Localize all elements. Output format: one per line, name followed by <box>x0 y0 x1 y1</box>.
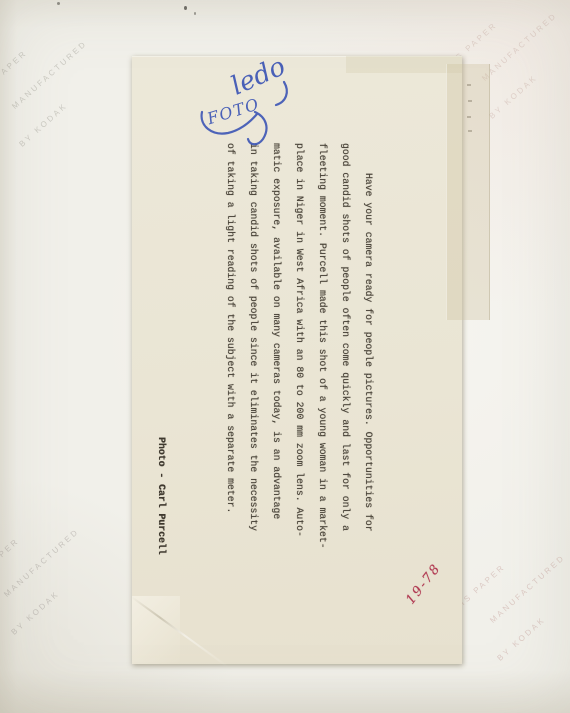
watermark-bottom-left: THIS PAPER MANUFACTURED BY KODAK <box>0 493 111 649</box>
caption-line: in taking candid shots of people since i… <box>242 143 265 563</box>
blue-word-lede: ledo <box>227 52 290 102</box>
tape-mark <box>467 84 471 86</box>
dust-speck <box>194 12 196 15</box>
caption-line-spacer <box>173 143 196 563</box>
dust-speck <box>57 2 60 5</box>
watermark-line: BY KODAK <box>9 54 119 157</box>
dust-speck <box>184 6 187 10</box>
tape-strip <box>446 64 490 320</box>
watermark-line: BY KODAK <box>1 542 111 645</box>
watermark-line: THIS PAPER <box>0 493 67 600</box>
blue-pen-annotation: ledo FOTO <box>180 52 300 162</box>
watermark-top-left: THIS PAPER MANUFACTURED BY KODAK <box>0 5 119 161</box>
caption-line: of taking a light reading of the subject… <box>219 143 242 563</box>
tape-shadow-band <box>346 56 462 73</box>
blue-word-foto: FOTO <box>204 94 262 128</box>
caption-line: good candid shots of people often come q… <box>334 143 357 563</box>
tape-mark <box>467 116 471 118</box>
caption-line: place in Niger in West Africa with an 80… <box>288 143 311 563</box>
watermark-line: BY KODAK <box>479 26 570 129</box>
paper-light-patch <box>132 596 180 664</box>
tape-mark <box>468 130 472 132</box>
caption-line: Have your camera ready for people pictur… <box>357 143 380 563</box>
watermark-line: THIS PAPER <box>0 5 75 112</box>
caption-line: fleeting moment. Purcell made this shot … <box>311 143 334 563</box>
photo-credit: Photo - Carl Purcell <box>150 437 173 563</box>
tape-mark <box>468 100 472 102</box>
photo-back-board: THIS PAPER MANUFACTURED BY KODAK THIS PA… <box>0 0 570 713</box>
typed-caption: Have your camera ready for people pictur… <box>150 143 380 563</box>
caption-line: matic exposure, available on many camera… <box>265 143 288 563</box>
watermark-line: MANUFACTURED <box>2 30 97 120</box>
watermark-line: MANUFACTURED <box>0 518 89 608</box>
watermark-line: BY KODAK <box>487 568 570 671</box>
caption-line-spacer <box>196 143 219 563</box>
watermark-line: MANUFACTURED <box>480 544 570 634</box>
